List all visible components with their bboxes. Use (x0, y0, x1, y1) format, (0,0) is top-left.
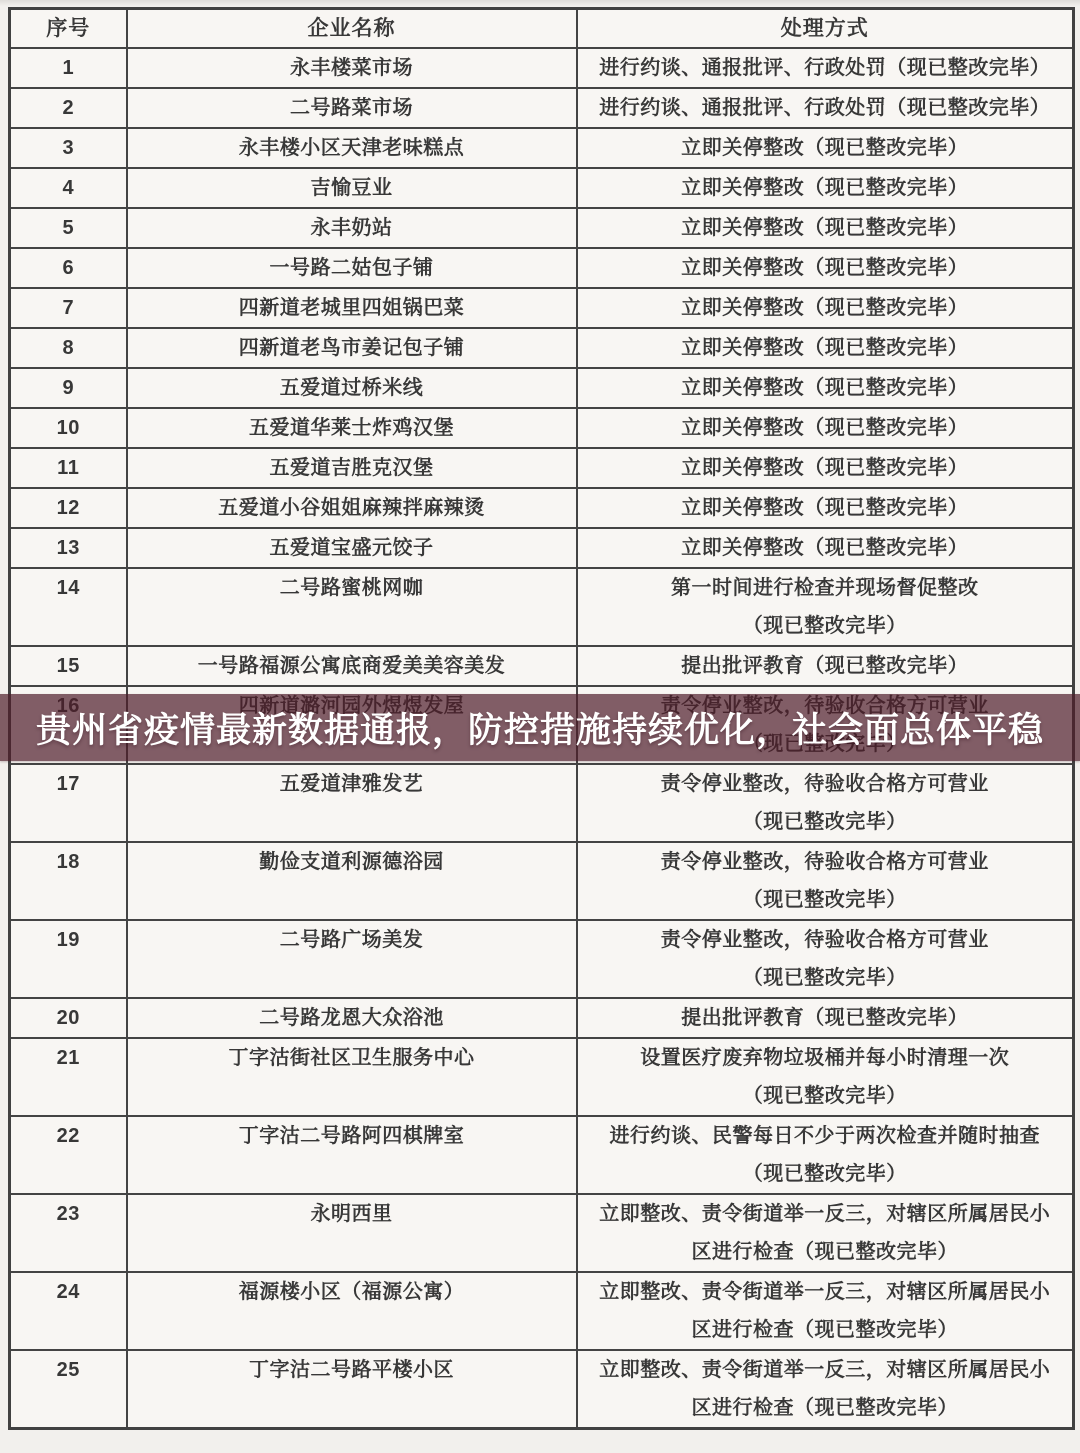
row-number-cell: 6 (10, 248, 127, 288)
row-number-cell: 23 (10, 1194, 127, 1272)
table-row: 12 五爱道小谷姐姐麻辣拌麻辣烫 立即关停整改（现已整改完毕） (10, 488, 1074, 528)
action-cell: 立即关停整改（现已整改完毕） (577, 328, 1074, 368)
table-row: 23 永明西里 立即整改、责令街道举一反三，对辖区所属居民小 区进行检查（现已整… (10, 1194, 1074, 1272)
action-cell: 进行约谈、通报批评、行政处罚（现已整改完毕） (577, 88, 1074, 128)
row-number-cell: 22 (10, 1116, 127, 1194)
company-name-cell: 二号路蜜桃网咖 (127, 568, 577, 646)
row-number-cell: 14 (10, 568, 127, 646)
action-cell: 立即关停整改（现已整改完毕） (577, 368, 1074, 408)
table-row: 18 勤俭支道利源德浴园 责令停业整改，待验收合格方可营业 （现已整改完毕） (10, 842, 1074, 920)
table-row: 2 二号路菜市场 进行约谈、通报批评、行政处罚（现已整改完毕） (10, 88, 1074, 128)
row-number-cell: 11 (10, 448, 127, 488)
action-cell: 责令停业整改，待验收合格方可营业 （现已整改完毕） (577, 842, 1074, 920)
action-cell: 责令停业整改，待验收合格方可营业 （现已整改完毕） (577, 764, 1074, 842)
table-row: 17 五爱道津雅发艺 责令停业整改，待验收合格方可营业 （现已整改完毕） (10, 764, 1074, 842)
action-cell: 立即关停整改（现已整改完毕） (577, 208, 1074, 248)
company-name-cell: 勤俭支道利源德浴园 (127, 842, 577, 920)
action-cell: 立即关停整改（现已整改完毕） (577, 248, 1074, 288)
company-name-cell: 永丰楼菜市场 (127, 48, 577, 88)
action-cell: 设置医疗废弃物垃圾桶并每小时清理一次 （现已整改完毕） (577, 1038, 1074, 1116)
company-name-cell: 永丰楼小区天津老味糕点 (127, 128, 577, 168)
row-number-cell: 8 (10, 328, 127, 368)
row-number-cell: 7 (10, 288, 127, 328)
company-name-cell: 吉愉豆业 (127, 168, 577, 208)
company-name-cell: 五爱道宝盛元饺子 (127, 528, 577, 568)
action-cell: 提出批评教育（现已整改完毕） (577, 998, 1074, 1038)
company-name-cell: 永丰奶站 (127, 208, 577, 248)
table-row: 22 丁字沽二号路阿四棋牌室 进行约谈、民警每日不少于两次检查并随时抽查 （现已… (10, 1116, 1074, 1194)
company-name-cell: 丁字沽二号路平楼小区 (127, 1350, 577, 1429)
header-row: 序号 企业名称 处理方式 (10, 9, 1074, 49)
row-number-cell: 25 (10, 1350, 127, 1429)
screenshot-root: 序号 企业名称 处理方式 1 永丰楼菜市场 进行约谈、通报批评、行政处罚（现已整… (0, 0, 1080, 1453)
row-number-cell: 12 (10, 488, 127, 528)
headline-text: 贵州省疫情最新数据通报，防控措施持续优化，社会面总体平稳 (36, 703, 1044, 753)
table-row: 6 一号路二姑包子铺 立即关停整改（现已整改完毕） (10, 248, 1074, 288)
row-number-cell: 17 (10, 764, 127, 842)
company-name-cell: 一号路福源公寓底商爱美美容美发 (127, 646, 577, 686)
action-cell: 立即关停整改（现已整改完毕） (577, 408, 1074, 448)
table-row: 20 二号路龙恩大众浴池 提出批评教育（现已整改完毕） (10, 998, 1074, 1038)
company-name-cell: 四新道老城里四姐锅巴菜 (127, 288, 577, 328)
table-row: 11 五爱道吉胜克汉堡 立即关停整改（现已整改完毕） (10, 448, 1074, 488)
company-name-cell: 丁字沽二号路阿四棋牌室 (127, 1116, 577, 1194)
action-cell: 立即关停整改（现已整改完毕） (577, 528, 1074, 568)
header-handling-method: 处理方式 (577, 9, 1074, 49)
row-number-cell: 9 (10, 368, 127, 408)
row-number-cell: 1 (10, 48, 127, 88)
action-cell: 立即关停整改（现已整改完毕） (577, 488, 1074, 528)
table-row: 14 二号路蜜桃网咖 第一时间进行检查并现场督促整改 （现已整改完毕） (10, 568, 1074, 646)
action-cell: 责令停业整改，待验收合格方可营业 （现已整改完毕） (577, 920, 1074, 998)
row-number-cell: 3 (10, 128, 127, 168)
action-cell: 立即关停整改（现已整改完毕） (577, 128, 1074, 168)
table-row: 3 永丰楼小区天津老味糕点 立即关停整改（现已整改完毕） (10, 128, 1074, 168)
header-company-name: 企业名称 (127, 9, 577, 49)
action-cell: 提出批评教育（现已整改完毕） (577, 646, 1074, 686)
table-row: 13 五爱道宝盛元饺子 立即关停整改（现已整改完毕） (10, 528, 1074, 568)
company-name-cell: 五爱道过桥米线 (127, 368, 577, 408)
company-name-cell: 五爱道津雅发艺 (127, 764, 577, 842)
action-cell: 立即关停整改（现已整改完毕） (577, 288, 1074, 328)
action-cell: 立即关停整改（现已整改完毕） (577, 168, 1074, 208)
action-cell: 立即整改、责令街道举一反三，对辖区所属居民小 区进行检查（现已整改完毕） (577, 1194, 1074, 1272)
row-number-cell: 15 (10, 646, 127, 686)
row-number-cell: 4 (10, 168, 127, 208)
table-row: 24 福源楼小区（福源公寓） 立即整改、责令街道举一反三，对辖区所属居民小 区进… (10, 1272, 1074, 1350)
company-name-cell: 五爱道小谷姐姐麻辣拌麻辣烫 (127, 488, 577, 528)
action-cell: 立即整改、责令街道举一反三，对辖区所属居民小 区进行检查（现已整改完毕） (577, 1350, 1074, 1429)
table-row: 4 吉愉豆业 立即关停整改（现已整改完毕） (10, 168, 1074, 208)
company-name-cell: 二号路龙恩大众浴池 (127, 998, 577, 1038)
action-cell: 进行约谈、民警每日不少于两次检查并随时抽查 （现已整改完毕） (577, 1116, 1074, 1194)
company-name-cell: 福源楼小区（福源公寓） (127, 1272, 577, 1350)
company-name-cell: 一号路二姑包子铺 (127, 248, 577, 288)
company-name-cell: 四新道老鸟市姜记包子铺 (127, 328, 577, 368)
action-cell: 立即整改、责令街道举一反三，对辖区所属居民小 区进行检查（现已整改完毕） (577, 1272, 1074, 1350)
row-number-cell: 20 (10, 998, 127, 1038)
table-row: 15 一号路福源公寓底商爱美美容美发 提出批评教育（现已整改完毕） (10, 646, 1074, 686)
table-row: 19 二号路广场美发 责令停业整改，待验收合格方可营业 （现已整改完毕） (10, 920, 1074, 998)
row-number-cell: 10 (10, 408, 127, 448)
action-cell: 立即关停整改（现已整改完毕） (577, 448, 1074, 488)
table-row: 7 四新道老城里四姐锅巴菜 立即关停整改（现已整改完毕） (10, 288, 1074, 328)
table-row: 10 五爱道华莱士炸鸡汉堡 立即关停整改（现已整改完毕） (10, 408, 1074, 448)
company-name-cell: 五爱道吉胜克汉堡 (127, 448, 577, 488)
row-number-cell: 19 (10, 920, 127, 998)
row-number-cell: 24 (10, 1272, 127, 1350)
company-name-cell: 二号路菜市场 (127, 88, 577, 128)
table-row: 25 丁字沽二号路平楼小区 立即整改、责令街道举一反三，对辖区所属居民小 区进行… (10, 1350, 1074, 1429)
company-name-cell: 永明西里 (127, 1194, 577, 1272)
table-row: 1 永丰楼菜市场 进行约谈、通报批评、行政处罚（现已整改完毕） (10, 48, 1074, 88)
table-row: 21 丁字沽街社区卫生服务中心 设置医疗废弃物垃圾桶并每小时清理一次 （现已整改… (10, 1038, 1074, 1116)
header-seq-number: 序号 (10, 9, 127, 49)
table-row: 9 五爱道过桥米线 立即关停整改（现已整改完毕） (10, 368, 1074, 408)
row-number-cell: 5 (10, 208, 127, 248)
action-cell: 第一时间进行检查并现场督促整改 （现已整改完毕） (577, 568, 1074, 646)
headline-banner-overlay: 贵州省疫情最新数据通报，防控措施持续优化，社会面总体平稳 (0, 694, 1080, 761)
row-number-cell: 13 (10, 528, 127, 568)
row-number-cell: 18 (10, 842, 127, 920)
company-name-cell: 二号路广场美发 (127, 920, 577, 998)
company-name-cell: 丁字沽街社区卫生服务中心 (127, 1038, 577, 1116)
action-cell: 进行约谈、通报批评、行政处罚（现已整改完毕） (577, 48, 1074, 88)
row-number-cell: 2 (10, 88, 127, 128)
table-row: 8 四新道老鸟市姜记包子铺 立即关停整改（现已整改完毕） (10, 328, 1074, 368)
company-name-cell: 五爱道华莱士炸鸡汉堡 (127, 408, 577, 448)
table-row: 5 永丰奶站 立即关停整改（现已整改完毕） (10, 208, 1074, 248)
row-number-cell: 21 (10, 1038, 127, 1116)
